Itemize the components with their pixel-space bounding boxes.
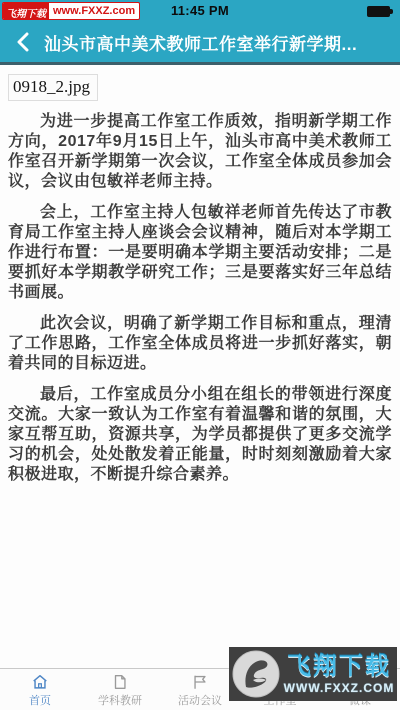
tab-label: 学科教研 [98, 692, 142, 708]
article-paragraph: 最后，工作室成员分小组在组长的带领进行深度交流。大家一致认为工作室有着温馨和谐的… [8, 385, 392, 485]
watermark-bottom-url: WWW.FXXZ.COM [281, 682, 397, 694]
nav-bar: 汕头市高中美术教师工作室举行新学期... [0, 22, 400, 62]
tab-home[interactable]: 首页 [0, 669, 80, 710]
flag-icon [191, 673, 209, 691]
app-screen: 飞翔下载 www.FXXZ.com 11:45 PM 汕头市高中美术教师工作室举… [0, 0, 400, 710]
watermark-bottom-texts: 飞翔下载 WWW.FXXZ.COM [281, 655, 397, 694]
article-content: 0918_2.jpg 为进一步提高工作室工作质效，指明新学期工作方向，2017年… [0, 65, 400, 485]
chevron-left-icon [16, 32, 29, 52]
bird-logo-icon [231, 649, 281, 699]
document-icon [111, 673, 129, 691]
watermark-bottom-brand: 飞翔下载 [281, 655, 397, 679]
tab-label: 活动会议 [178, 692, 222, 708]
article-paragraph: 此次会议，明确了新学期工作目标和重点，理清了工作思路，工作室全体成员将进一步抓好… [8, 314, 392, 374]
article-paragraph: 为进一步提高工作室工作质效，指明新学期工作方向，2017年9月15日上午，汕头市… [8, 112, 392, 192]
watermark-bottom: 飞翔下载 WWW.FXXZ.COM [229, 647, 397, 701]
article-paragraph: 会上，工作室主持人包敏祥老师首先传达了市教育局工作室主持人座谈会会议精神，随后对… [8, 203, 392, 303]
tab-activity-meetings[interactable]: 活动会议 [160, 669, 240, 710]
tab-subject-research[interactable]: 学科教研 [80, 669, 160, 710]
back-button[interactable] [0, 22, 44, 62]
home-icon [31, 673, 49, 691]
status-time: 11:45 PM [0, 3, 400, 18]
broken-image-placeholder: 0918_2.jpg [8, 74, 98, 101]
status-bar: 飞翔下载 www.FXXZ.com 11:45 PM [0, 0, 400, 22]
page-title: 汕头市高中美术教师工作室举行新学期... [44, 30, 400, 55]
tab-label: 首页 [29, 692, 51, 708]
battery-icon [367, 6, 390, 17]
